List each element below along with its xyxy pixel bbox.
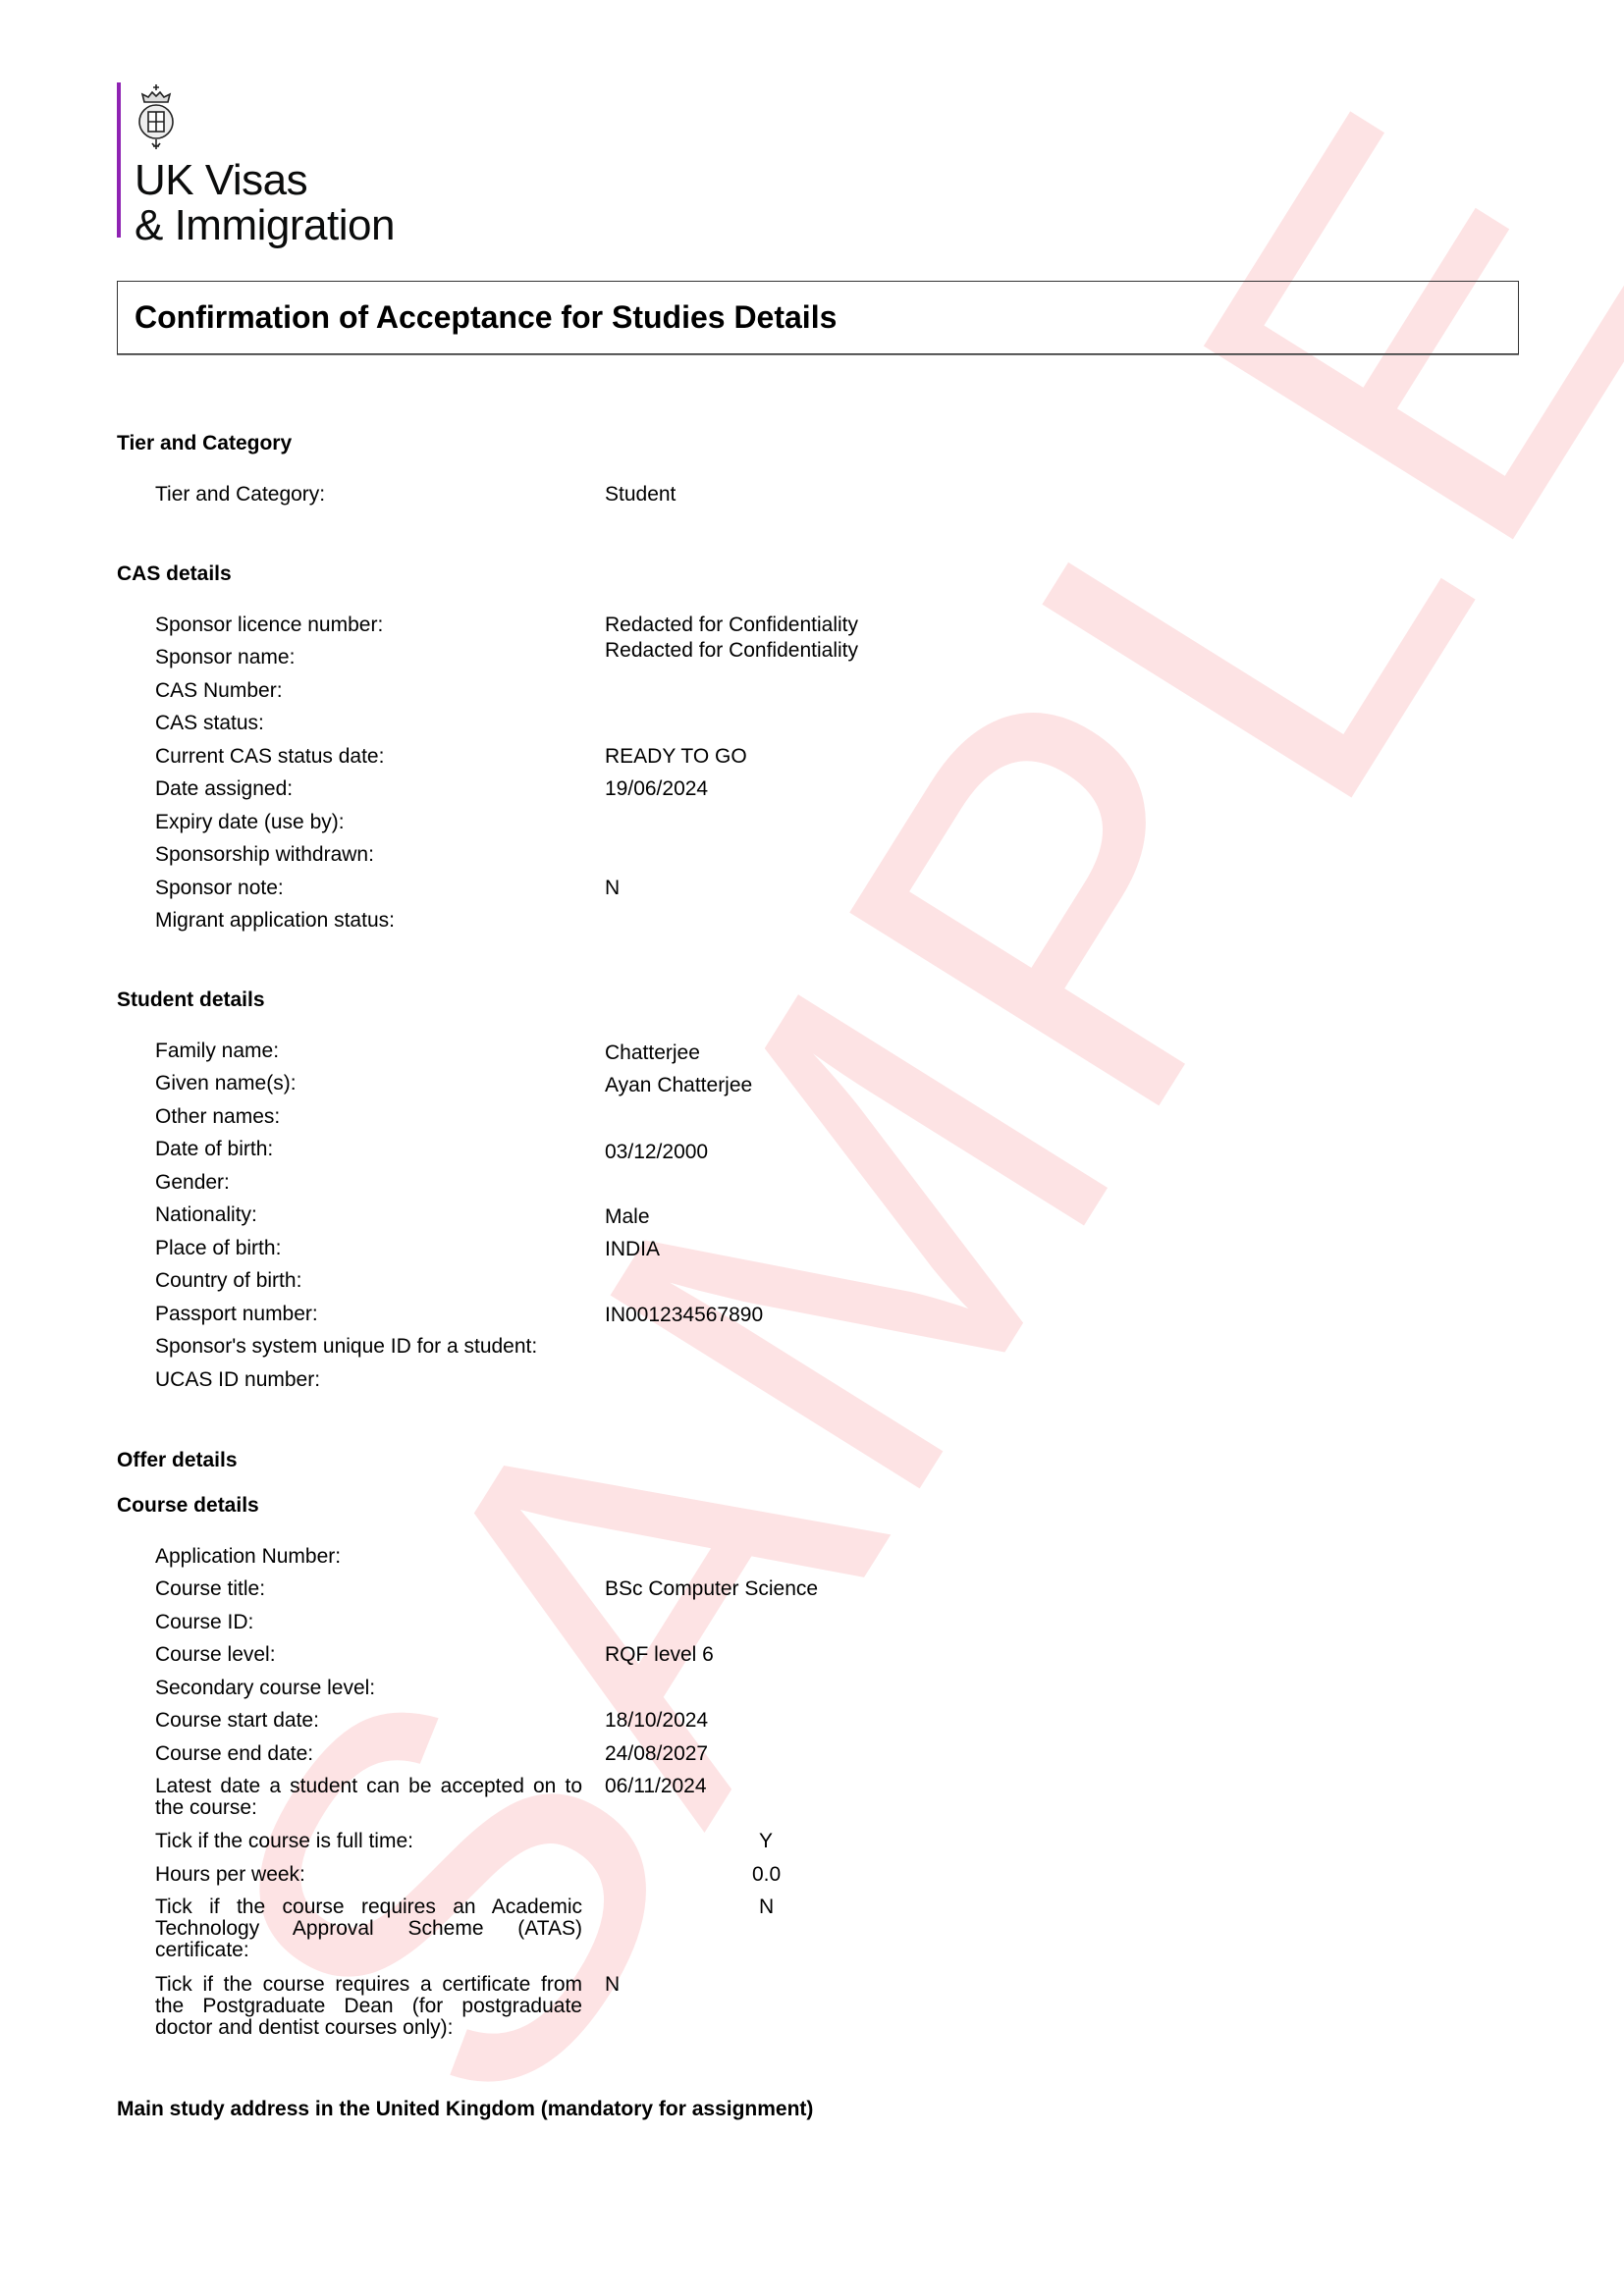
atas-value: N bbox=[759, 1896, 774, 1918]
date-value: 19/06/2024 bbox=[605, 778, 708, 800]
royal-crest-icon bbox=[135, 82, 178, 153]
field-label: Country of birth: bbox=[155, 1270, 301, 1292]
field-label: Sponsorship withdrawn: bbox=[155, 844, 374, 866]
field-label: Date assigned: bbox=[155, 778, 293, 800]
field-label: Course ID: bbox=[155, 1612, 253, 1633]
field-label: Given name(s): bbox=[155, 1073, 297, 1095]
start-date-value: 18/10/2024 bbox=[605, 1710, 708, 1732]
field-label: Application Number: bbox=[155, 1546, 341, 1568]
field-label: Tick if the course is full time: bbox=[155, 1831, 413, 1852]
section-heading-tier: Tier and Category bbox=[117, 432, 292, 455]
cas-status-value: READY TO GO bbox=[605, 746, 747, 768]
field-label: Latest date a student can be accepted on… bbox=[155, 1776, 582, 1819]
nationality-value: INDIA bbox=[605, 1239, 660, 1260]
field-label: Tick if the course requires a certificat… bbox=[155, 1974, 582, 2039]
field-label: Expiry date (use by): bbox=[155, 812, 345, 833]
gender-value: Male bbox=[605, 1206, 650, 1228]
ukvi-logo: UK Visas & Immigration bbox=[117, 82, 395, 238]
field-label: Sponsor licence number: bbox=[155, 614, 383, 636]
course-level-value: RQF level 6 bbox=[605, 1644, 714, 1666]
field-label: Date of birth: bbox=[155, 1139, 273, 1160]
sponsor-licence-value: Redacted for Confidentiality bbox=[605, 614, 858, 636]
field-label: Sponsor's system unique ID for a student… bbox=[155, 1336, 537, 1358]
full-time-value: Y bbox=[759, 1831, 773, 1852]
page-title: Confirmation of Acceptance for Studies D… bbox=[135, 299, 837, 336]
field-label: Sponsor note: bbox=[155, 878, 284, 899]
field-label: Migrant application status: bbox=[155, 910, 395, 932]
section-heading-offer: Offer details bbox=[117, 1449, 238, 1472]
brand-line-2: & Immigration bbox=[135, 203, 395, 248]
family-name-value: Chatterjee bbox=[605, 1042, 700, 1064]
field-label: Hours per week: bbox=[155, 1864, 305, 1886]
dob-value: 03/12/2000 bbox=[605, 1142, 708, 1163]
field-label: Sponsor name: bbox=[155, 647, 295, 668]
field-label: Passport number: bbox=[155, 1304, 318, 1325]
field-label: Other names: bbox=[155, 1106, 280, 1128]
section-heading-course: Course details bbox=[117, 1494, 259, 1518]
field-label: Family name: bbox=[155, 1041, 279, 1062]
section-heading-address: Main study address in the United Kingdom… bbox=[117, 2098, 813, 2121]
brand-line-1: UK Visas bbox=[135, 158, 395, 203]
sponsor-name-value: Redacted for Confidentiality bbox=[605, 640, 858, 662]
field-label: Nationality: bbox=[155, 1204, 257, 1226]
field-label: Course start date: bbox=[155, 1710, 319, 1732]
field-label: Gender: bbox=[155, 1172, 230, 1194]
given-names-value: Ayan Chatterjee bbox=[605, 1075, 752, 1096]
field-label: Course title: bbox=[155, 1578, 265, 1600]
field-label: Current CAS status date: bbox=[155, 746, 384, 768]
latest-date-value: 06/11/2024 bbox=[605, 1776, 707, 1797]
title-box: Confirmation of Acceptance for Studies D… bbox=[117, 281, 1519, 354]
section-heading-cas: CAS details bbox=[117, 562, 232, 586]
field-label: Tier and Category: bbox=[155, 484, 325, 506]
course-title-value: BSc Computer Science bbox=[605, 1578, 818, 1600]
field-label: Course end date: bbox=[155, 1743, 313, 1765]
section-heading-student: Student details bbox=[117, 988, 265, 1012]
pg-dean-value: N bbox=[605, 1974, 620, 1996]
field-label: Course level: bbox=[155, 1644, 276, 1666]
field-label: Tick if the course requires an Academic … bbox=[155, 1896, 582, 1961]
field-value: Student bbox=[605, 484, 676, 506]
field-label: Place of birth: bbox=[155, 1238, 281, 1259]
hours-per-week-value: 0.0 bbox=[752, 1864, 781, 1886]
sponsor-note-value: N bbox=[605, 878, 620, 899]
field-label: Secondary course level: bbox=[155, 1678, 375, 1699]
end-date-value: 24/08/2027 bbox=[605, 1743, 708, 1765]
field-label: CAS Number: bbox=[155, 680, 283, 702]
field-label: CAS status: bbox=[155, 713, 264, 734]
passport-value: IN001234567890 bbox=[605, 1305, 763, 1326]
field-label: UCAS ID number: bbox=[155, 1369, 320, 1391]
